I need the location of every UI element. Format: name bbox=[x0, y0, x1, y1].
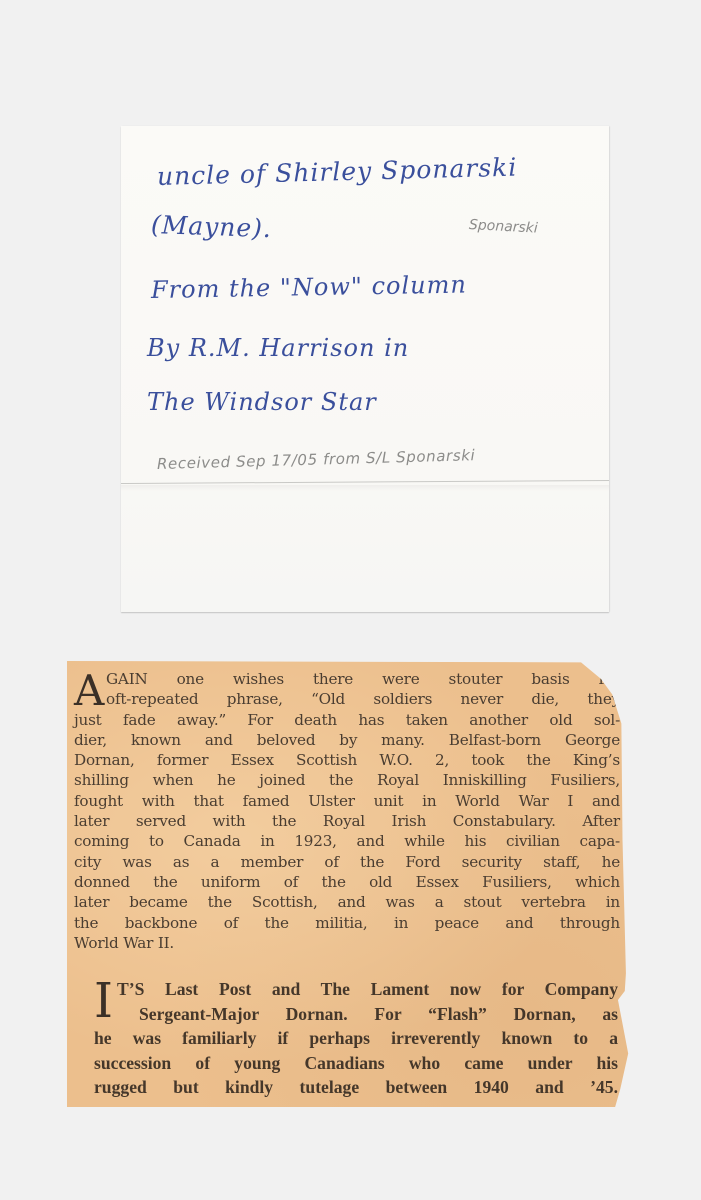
fold-line bbox=[121, 480, 609, 484]
clipping-line: later served with the Royal Irish Consta… bbox=[74, 811, 620, 831]
clipping-line: GAIN one wishes there were stouter basis… bbox=[74, 669, 620, 689]
handwriting-line-1: uncle of Shirley Sponarski bbox=[157, 153, 518, 191]
clipping-line: shilling when he joined the Royal Innisk… bbox=[74, 770, 620, 790]
clipping-line: Dornan, former Essex Scottish W.O. 2, to… bbox=[74, 750, 620, 770]
clipping-line: coming to Canada in 1923, and while his … bbox=[74, 831, 620, 851]
pencil-correction: Sponarski bbox=[469, 217, 539, 237]
clipping-line: oft-repeated phrase, “Old soldiers never… bbox=[74, 689, 620, 709]
received-note: Received Sep 17/05 from S/L Sponarski bbox=[157, 446, 476, 473]
clipping-line: rugged but kindly tutelage between 1940 … bbox=[94, 1075, 618, 1100]
clipping-line: succession of young Canadians who came u… bbox=[94, 1051, 618, 1076]
handwriting-line-5: The Windsor Star bbox=[147, 388, 377, 416]
clipping-line: dier, known and beloved by many. Belfast… bbox=[74, 730, 620, 750]
clipping-line: World War II. bbox=[74, 933, 620, 953]
clipping-line: donned the uniform of the old Essex Fusi… bbox=[74, 872, 620, 892]
newspaper-clipping: A GAIN one wishes there were stouter bas… bbox=[67, 661, 635, 1107]
handwritten-note-card: uncle of Shirley Sponarski Sponarski (Ma… bbox=[121, 126, 609, 612]
clipping-line: later became the Scottish, and was a sto… bbox=[74, 892, 620, 912]
clipping-line: city was as a member of the Ford securit… bbox=[74, 852, 620, 872]
handwriting-line-3: From the "Now" column bbox=[151, 270, 467, 304]
handwriting-line-4: By R.M. Harrison in bbox=[147, 334, 409, 362]
dropcap-i: I bbox=[94, 979, 113, 1023]
clipping-line: fought with that famed Ulster unit in Wo… bbox=[74, 791, 620, 811]
clipping-line: just fade away.” For death has taken ano… bbox=[74, 710, 620, 730]
fold-shadow bbox=[121, 485, 609, 491]
dropcap-a: A bbox=[74, 671, 104, 711]
clipping-paragraph-1: A GAIN one wishes there were stouter bas… bbox=[74, 669, 620, 953]
clipping-paragraph-2: I T’S Last Post and The Lament now for C… bbox=[94, 977, 618, 1100]
clipping-line: Sergeant-Major Dornan. For “Flash” Dorna… bbox=[94, 1002, 618, 1027]
clipping-line: he was familiarly if perhaps irreverentl… bbox=[94, 1026, 618, 1051]
clipping-line: the backbone of the militia, in peace an… bbox=[74, 913, 620, 933]
handwriting-line-2: (Mayne). bbox=[150, 210, 272, 243]
clipping-line: T’S Last Post and The Lament now for Com… bbox=[94, 977, 618, 1002]
